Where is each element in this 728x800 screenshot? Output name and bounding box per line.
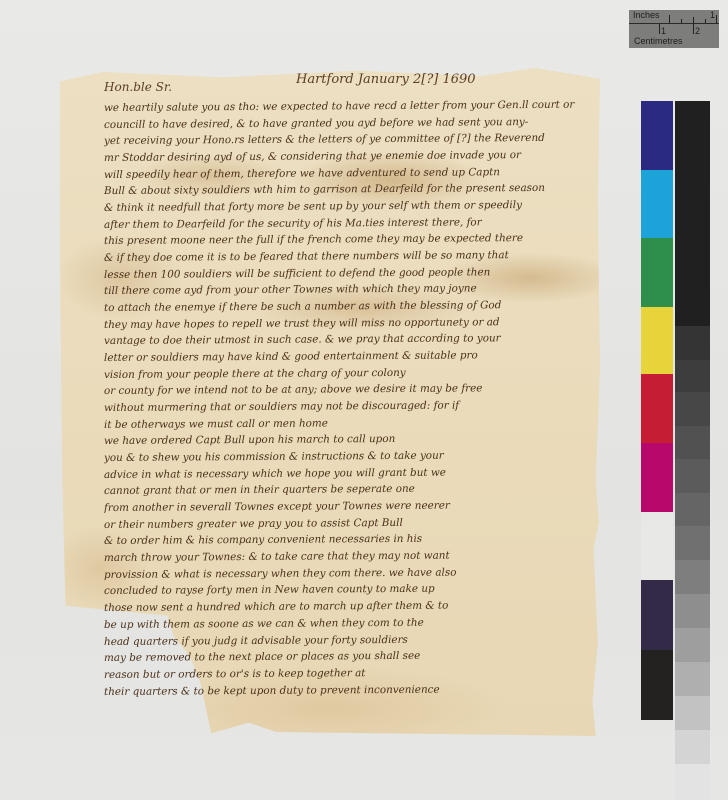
gray-scale-strip xyxy=(675,101,710,800)
color-patch-cyan xyxy=(641,170,673,239)
scale-tick xyxy=(669,15,670,23)
place-date: Hartford January 2[?] 1690 xyxy=(296,72,476,87)
gray-patch xyxy=(675,326,710,360)
color-patch-white xyxy=(641,512,673,581)
gray-patch xyxy=(675,560,710,594)
color-patch-red xyxy=(641,374,673,444)
scale-tick xyxy=(693,24,694,34)
gray-patch xyxy=(675,764,710,800)
gray-patch xyxy=(675,662,710,696)
color-patch-violet-dark xyxy=(641,580,673,650)
scale-divider xyxy=(629,23,719,24)
gray-patch xyxy=(675,730,710,764)
gray-patch xyxy=(675,493,710,526)
inches-label: Inches xyxy=(633,10,660,20)
salutation: Hon.ble Sr. xyxy=(104,80,172,94)
gray-patch xyxy=(675,392,710,426)
color-patch-green xyxy=(641,238,673,307)
inch-tick-label: 1 xyxy=(710,10,715,20)
gray-patch xyxy=(675,426,710,459)
letter-heading: Hon.ble Sr. Hartford January 2[?] 1690 xyxy=(104,72,604,92)
scale-tick xyxy=(716,15,717,23)
gray-patch xyxy=(675,526,710,560)
scale-tick xyxy=(693,17,694,23)
gray-patch xyxy=(675,101,710,326)
letter-body: we heartily salute you as tho: we expect… xyxy=(104,100,594,700)
color-patch-strip xyxy=(641,101,673,720)
cm-tick-label-2: 2 xyxy=(695,26,700,36)
gray-patch xyxy=(675,459,710,493)
color-patch-black xyxy=(641,650,673,720)
gray-patch xyxy=(675,360,710,392)
scale-tick xyxy=(659,24,660,34)
gray-patch xyxy=(675,628,710,662)
centimetres-label: Centimetres xyxy=(634,36,683,46)
scale-tick xyxy=(705,19,706,23)
scale-tick xyxy=(681,19,682,23)
color-patch-yellow xyxy=(641,307,673,374)
color-patch-blue xyxy=(641,101,673,170)
cm-tick-label-1: 1 xyxy=(661,26,666,36)
gray-patch xyxy=(675,696,710,730)
gray-patch xyxy=(675,594,710,628)
color-patch-magenta xyxy=(641,443,673,512)
manuscript-line: their quarters & to be kept upon duty to… xyxy=(104,680,594,700)
scale-bar: Inches 1 1 2 Centimetres xyxy=(629,10,719,48)
